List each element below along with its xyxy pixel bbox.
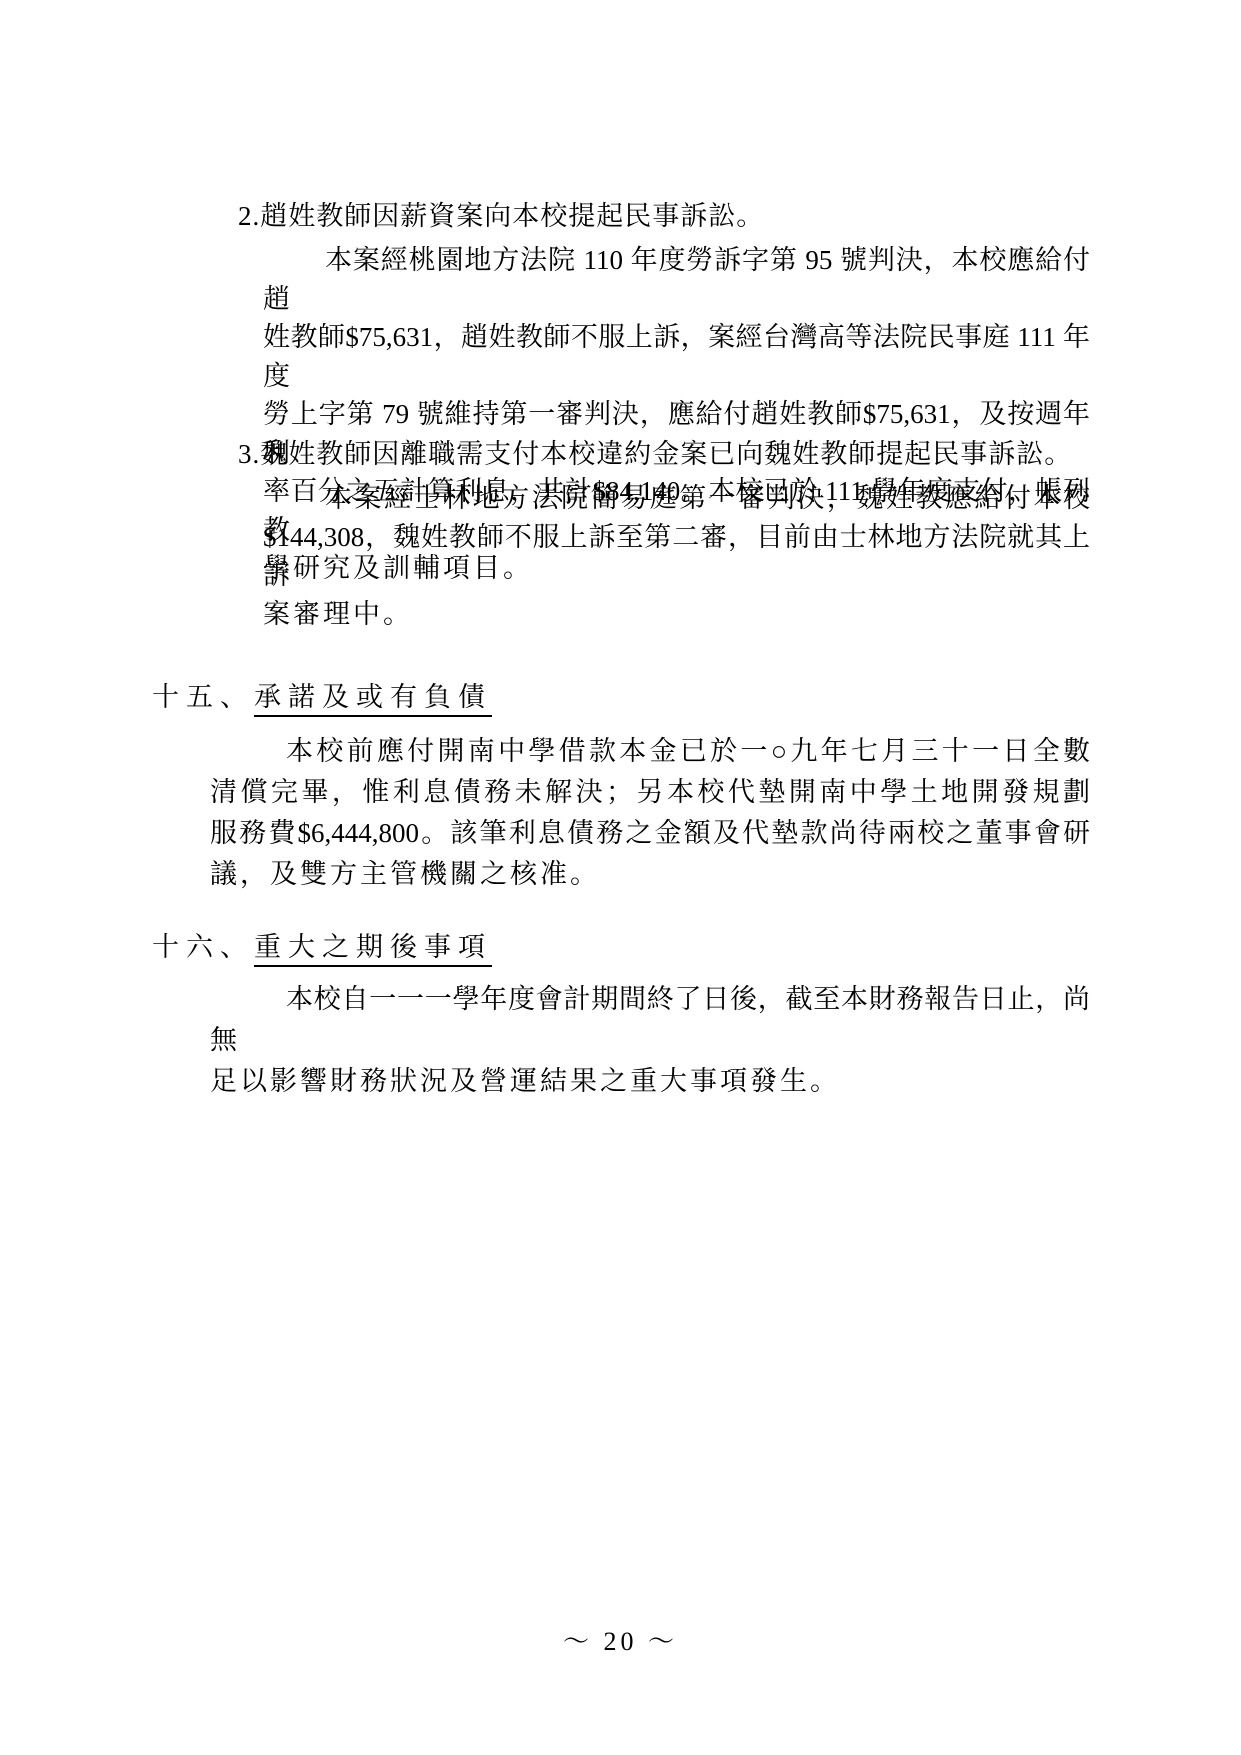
paragraph-line: 清償完畢，惟利息債務未解決；另本校代墊開南中學土地開發規劃 (210, 772, 1090, 813)
section-15-title: 承諾及或有負債 (254, 682, 492, 717)
paragraph-line: 本案經桃園地方法院 110 年度勞訴字第 95 號判決，本校應給付趙 (263, 241, 1090, 318)
paragraph-line: $144,308，魏姓教師不服上訴至第二審，目前由士林地方法院就其上訴 (263, 518, 1090, 595)
section-16-number: 十六、 (152, 932, 254, 962)
paragraph-line: 姓教師$75,631，趙姓教師不服上訴，案經台灣高等法院民事庭 111 年度 (263, 318, 1090, 395)
item-3-heading: 3.魏姓教師因離職需支付本校違約金案已向魏姓教師提起民事訴訟。 (238, 435, 1098, 473)
section-15-heading: 十五、承諾及或有負債 (152, 677, 492, 717)
paragraph-line: 本校自一一一學年度會計期間終了日後，截至本財務報告日止，尚無 (210, 979, 1090, 1061)
paragraph-line: 足以影響財務狀況及營運結果之重大事項發生。 (210, 1061, 1090, 1102)
item-2-heading: 2.趙姓教師因薪資案向本校提起民事訴訟。 (238, 197, 1098, 235)
page-number: ～ 20 ～ (0, 1626, 1241, 1658)
paragraph-line: 服務費$6,444,800。該筆利息債務之金額及代墊款尚待兩校之董事會研 (210, 813, 1090, 854)
section-15-paragraph: 本校前應付開南中學借款本金已於一○九年七月三十一日全數 清償完畢，惟利息債務未解… (210, 731, 1090, 895)
paragraph-line: 議，及雙方主管機關之核准。 (210, 854, 1090, 895)
item-3-paragraph: 本案經士林地方法院簡易庭第一審判決，魏姓教應給付本校 $144,308，魏姓教師… (263, 479, 1090, 633)
section-16-title: 重大之期後事項 (254, 932, 492, 967)
paragraph-line: 本校前應付開南中學借款本金已於一○九年七月三十一日全數 (210, 731, 1090, 772)
section-16-heading: 十六、重大之期後事項 (152, 927, 492, 967)
paragraph-line: 案審理中。 (263, 595, 1090, 634)
paragraph-line: 本案經士林地方法院簡易庭第一審判決，魏姓教應給付本校 (263, 479, 1090, 518)
section-15-number: 十五、 (152, 682, 254, 712)
document-page: 2.趙姓教師因薪資案向本校提起民事訴訟。 本案經桃園地方法院 110 年度勞訴字… (0, 0, 1241, 1755)
section-16-paragraph: 本校自一一一學年度會計期間終了日後，截至本財務報告日止，尚無 足以影響財務狀況及… (210, 979, 1090, 1102)
